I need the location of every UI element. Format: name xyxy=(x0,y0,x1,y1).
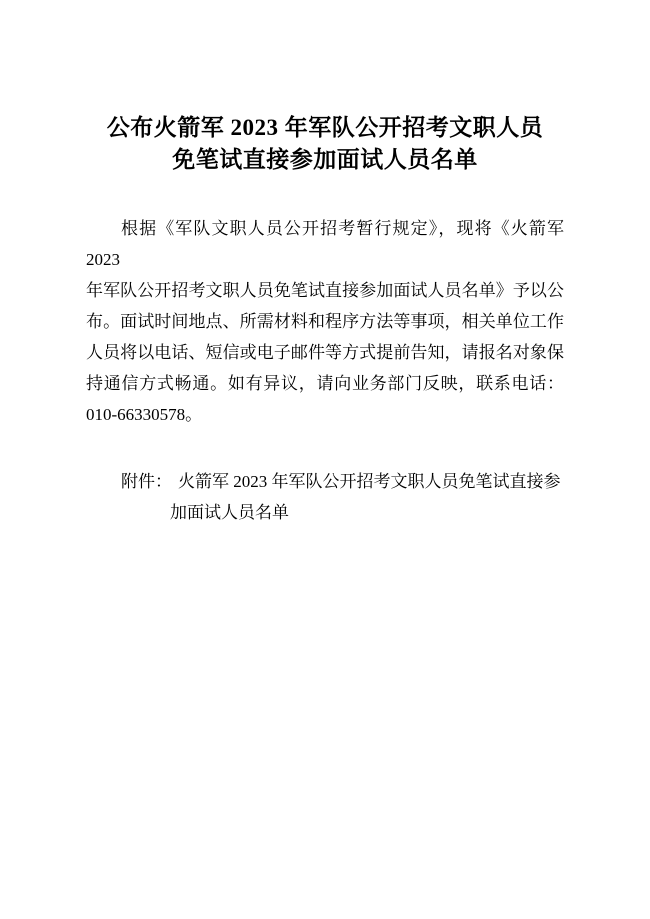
document-title: 公布火箭军 2023 年军队公开招考文职人员 免笔试直接参加面试人员名单 xyxy=(0,0,650,176)
body-text-line: 年军队公开招考文职人员免笔试直接参加面试人员名单》予以公 xyxy=(86,275,564,306)
body-text-line: 持通信方式畅通。如有异议，请向业务部门反映，联系电话： xyxy=(86,368,564,399)
body-text-line: 人员将以电话、短信或电子邮件等方式提前告知，请报名对象保 xyxy=(86,337,564,368)
document-body-paragraph: 根据《军队文职人员公开招考暂行规定》，现将《火箭军 2023 年军队公开招考文职… xyxy=(86,213,564,430)
contact-phone-line: 010-66330578。 xyxy=(86,399,564,430)
title-line-2: 免笔试直接参加面试人员名单 xyxy=(0,144,650,176)
attachment-line-1: 附件：火箭军 2023 年军队公开招考文职人员免笔试直接参 xyxy=(86,466,564,497)
attachment-line-2: 加面试人员名单 xyxy=(86,497,564,528)
title-line-1: 公布火箭军 2023 年军队公开招考文职人员 xyxy=(0,112,650,144)
body-text-line: 布。面试时间地点、所需材料和程序方法等事项，相关单位工作 xyxy=(86,306,564,337)
attachment-title-part-1: 火箭军 2023 年军队公开招考文职人员免笔试直接参 xyxy=(178,472,561,491)
body-text-line: 根据《军队文职人员公开招考暂行规定》，现将《火箭军 2023 xyxy=(86,213,564,275)
attachment-label: 附件： xyxy=(121,472,178,491)
document-page: 公布火箭军 2023 年军队公开招考文职人员 免笔试直接参加面试人员名单 根据《… xyxy=(0,0,650,919)
attachment-section: 附件：火箭军 2023 年军队公开招考文职人员免笔试直接参 加面试人员名单 xyxy=(86,466,564,528)
